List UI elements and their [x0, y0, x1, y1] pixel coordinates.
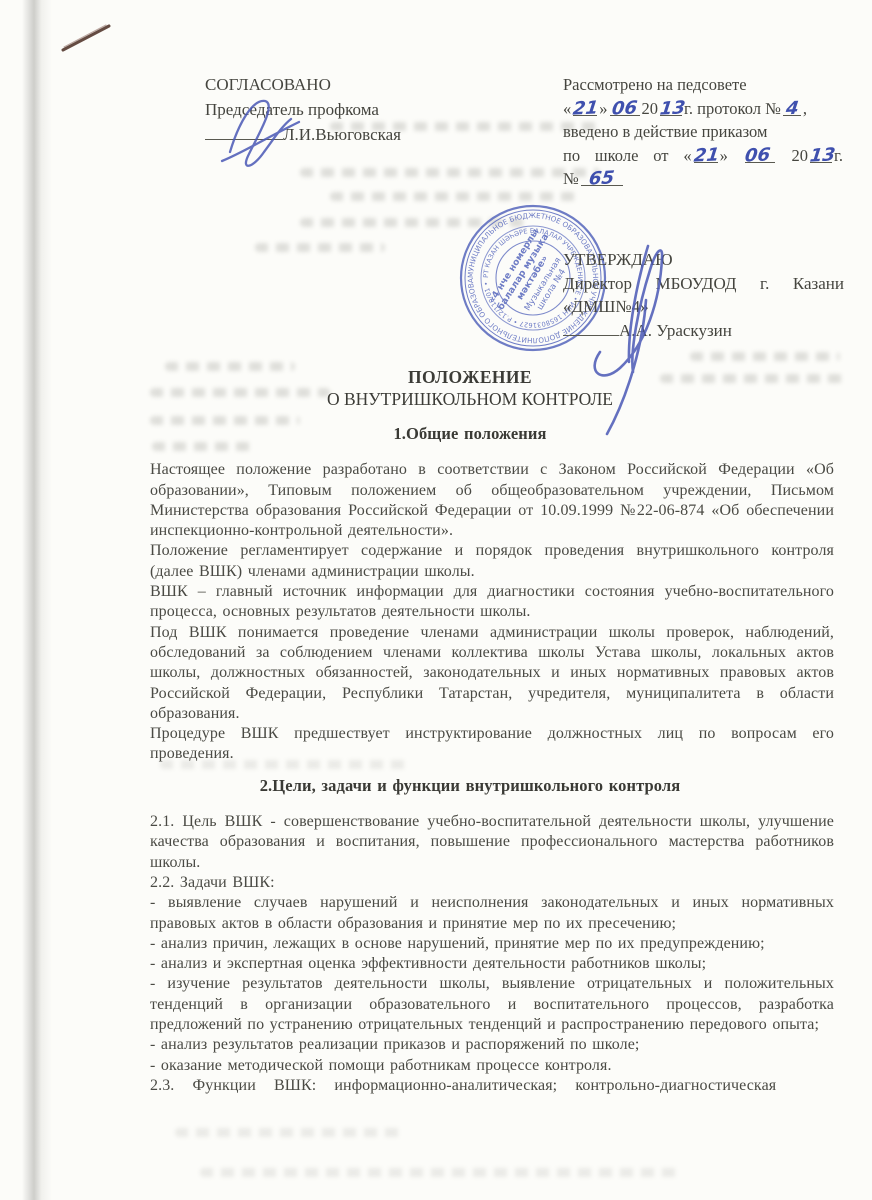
signature-underline	[205, 124, 283, 140]
scan-edge-shadow	[22, 0, 52, 1200]
approved-block: УТВЕРЖДАЮ Директор МБОУДОД г. Казани «ДМ…	[563, 248, 844, 342]
print-run: по	[563, 146, 580, 165]
paragraph: - анализ результатов реализации приказов…	[150, 1035, 834, 1055]
print-run: от	[653, 146, 668, 165]
title-line1: ПОЛОЖЕНИЕ	[150, 366, 790, 388]
print-run: г. протокол №	[684, 99, 781, 118]
paragraph: - анализ причин, лежащих в основе наруше…	[150, 934, 834, 954]
reviewed-line3: введено в действие приказом	[563, 120, 843, 144]
print-run: ,	[803, 99, 807, 118]
title-line2: О ВНУТРИШКОЛЬНОМ КОНТРОЛЕ	[150, 388, 790, 410]
section-2-heading: 2.Цели, задачи и функции внутришкольного…	[150, 776, 790, 796]
paragraph: - изучение результатов деятельности школ…	[150, 974, 834, 1035]
paragraph: Положение регламентирует содержание и по…	[150, 541, 834, 582]
print-run: «21»	[683, 146, 728, 165]
approved-name: А.А. Ураскузин	[619, 321, 732, 340]
bleedthrough-artifact	[255, 243, 385, 252]
print-run: 2013г.	[791, 146, 843, 165]
reviewed-protocol-line: «21»062013г. протокол №4,	[563, 97, 843, 121]
pen-mark	[63, 25, 109, 50]
bleedthrough-artifact	[300, 168, 600, 177]
paragraph: 2.2. Задачи ВШК:	[150, 873, 834, 893]
paragraph: Процедуре ВШК предшествует инструктирова…	[150, 724, 834, 765]
handwritten-year: 13	[809, 146, 836, 165]
underline-field: 06	[610, 97, 640, 116]
paragraph: ВШК – главный источник информации для ди…	[150, 582, 834, 623]
handwritten-year: 13	[659, 99, 686, 118]
approved-signature-line: А.А. Ураскузин	[563, 319, 844, 343]
underline-field: 21	[573, 97, 597, 116]
reviewed-order-line: по школе от «21» 06 2013г.	[563, 144, 843, 168]
paragraph: Настоящее положение разработано в соотве…	[150, 460, 834, 541]
reviewed-line1: Рассмотрено на педсовете	[563, 73, 843, 97]
handwritten-protocol-number: 4	[784, 99, 799, 118]
approved-role: Директор МБОУДОД г. Казани	[563, 272, 844, 296]
scanned-document-page: СОГЛАСОВАНО Председатель профкома Л.И.Вь…	[0, 0, 872, 1200]
underline-field: 21	[694, 144, 718, 163]
section-1-heading: 1.Общие положения	[150, 424, 790, 444]
print-run: 20	[642, 99, 659, 118]
underline-field: 65	[581, 167, 623, 186]
underline-field: 06	[745, 144, 775, 163]
paragraph: - анализ и экспертная оценка эффективнос…	[150, 954, 834, 974]
print-run: №	[563, 169, 579, 188]
handwritten-day: 21	[692, 146, 719, 165]
paragraph: - оказание методической помощи работника…	[150, 1056, 834, 1076]
underline-field: 13	[810, 144, 832, 163]
print-run: «	[563, 99, 571, 118]
agreed-block: СОГЛАСОВАНО Председатель профкома Л.И.Вь…	[205, 72, 485, 147]
paragraph: 2.1. Цель ВШК - совершенствование учебно…	[150, 812, 834, 873]
paragraph: 2.3. Функции ВШК: информационно-аналитич…	[150, 1076, 834, 1096]
handwritten-order-number: 65	[588, 169, 615, 188]
paragraph: Под ВШК понимается проведение членами ад…	[150, 623, 834, 724]
agreed-role: Председатель профкома	[205, 97, 485, 122]
approved-title: УТВЕРЖДАЮ	[563, 248, 844, 272]
handwritten-month: 06	[611, 99, 638, 118]
approved-school: «ДМШ№4»	[563, 295, 844, 319]
underline-field: 13	[660, 97, 682, 116]
reviewed-block: Рассмотрено на педсовете «21»062013г. пр…	[563, 73, 843, 191]
underline-field: 4	[783, 97, 801, 116]
print-run: »	[599, 99, 607, 118]
agreed-title: СОГЛАСОВАНО	[205, 72, 485, 97]
document-body: 1.Общие положения Настоящее положение ра…	[150, 424, 834, 1096]
paragraph: - выявление случаев нарушений и неисполн…	[150, 893, 834, 934]
document-title: ПОЛОЖЕНИЕ О ВНУТРИШКОЛЬНОМ КОНТРОЛЕ	[150, 366, 790, 410]
agreed-name: Л.И.Вьюговская	[283, 125, 401, 144]
print-run: школе	[595, 146, 638, 165]
reviewed-order-number-line: №65	[563, 167, 843, 191]
bleedthrough-artifact	[690, 352, 840, 361]
handwritten-month: 06	[743, 146, 770, 165]
bleedthrough-artifact	[175, 1128, 405, 1137]
agreed-signature-line: Л.И.Вьюговская	[205, 122, 485, 147]
bleedthrough-artifact	[200, 1168, 680, 1177]
signature-underline	[563, 320, 619, 336]
handwritten-day: 21	[572, 99, 599, 118]
bleedthrough-artifact	[330, 192, 580, 201]
